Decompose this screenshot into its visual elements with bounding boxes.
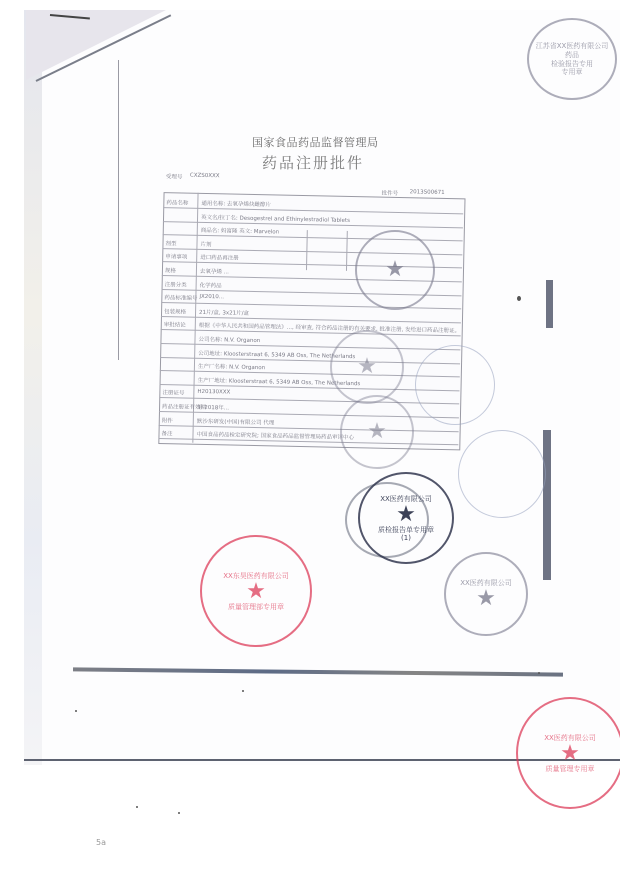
form-field-label: 审批结论 <box>164 321 186 329</box>
document-title: 药品注册批件 <box>262 152 364 173</box>
stamp-red-bottom-right: XX医药有限公司 ★ 质量管理专用章 <box>516 697 620 809</box>
scan-bar-right-top <box>546 280 553 328</box>
form-field-value: 去氧孕烯 ... <box>200 267 229 276</box>
scan-speck <box>178 812 180 814</box>
stamp-text: 江苏省XX医药有限公司 <box>536 41 609 51</box>
form-field-value: 片剂 <box>200 240 211 248</box>
form-field-value: 通用名称: 去氧孕烯炔雌醇片 <box>201 199 271 208</box>
accept-no: CXZS0XXX <box>190 173 220 180</box>
scan-speck <box>517 296 521 301</box>
star-icon: ★ <box>476 588 496 610</box>
stamp-faint-right <box>415 345 495 425</box>
scan-speck <box>242 690 244 692</box>
folded-corner <box>26 10 166 80</box>
form-field-value: 生产厂名称: N.V. Organon <box>198 362 265 371</box>
star-icon: ★ <box>367 421 387 443</box>
form-field-value: H20130XXX <box>197 389 230 396</box>
scan-speck <box>75 710 77 712</box>
star-icon: ★ <box>357 356 377 378</box>
stamp-faint-center-2: ★ <box>340 395 414 469</box>
stamp-top-right: 江苏省XX医药有限公司 药品 检验报告专用 专用章 <box>527 18 617 100</box>
form-field-value: 至 2018年... <box>197 403 229 412</box>
form-field-value: 默沙东研发(中国)有限公司 代理 <box>197 416 275 426</box>
scan-bar-right <box>543 430 551 580</box>
scan-speck <box>538 672 540 674</box>
form-field-label: 包装规格 <box>164 307 186 315</box>
stamp-grey-right: XX医药有限公司 ★ <box>444 552 528 636</box>
form-field-label: 药品标准编号 <box>164 293 197 302</box>
form-field-value: 化学药品 <box>200 280 222 288</box>
form-field-label: 药品名称 <box>166 198 188 206</box>
star-icon: ★ <box>246 581 266 603</box>
form-field-value: JX2010... <box>199 294 224 301</box>
scan-line-left <box>118 60 119 360</box>
accept-no-label: 受理号 <box>166 172 183 180</box>
stamp-text: 质量管理部专用章 <box>228 603 284 611</box>
stamp-text: 药品 <box>565 51 579 59</box>
form-field-value: 商品名: 妈富隆 英文: Marvelon <box>201 226 280 236</box>
page-number: 5a <box>96 838 106 847</box>
scan-speck <box>136 806 138 808</box>
form-field-label: 注册分类 <box>165 280 187 288</box>
form-field-label: 备注 <box>161 429 172 437</box>
form-field-value: 进口药品再注册 <box>200 253 239 262</box>
form-field-label: 剂型 <box>165 239 176 247</box>
stamp-red-left: XX东昊医药有限公司 ★ 质量管理部专用章 <box>200 535 312 647</box>
form-field-label: 附件 <box>162 416 173 424</box>
scan-shadow-edge <box>24 10 42 765</box>
stamp-faint-right-2 <box>458 430 546 518</box>
stamp-text: 检验报告专用 <box>551 60 593 68</box>
form-field-value: 公司名称: N.V. Organon <box>198 335 260 344</box>
form-field-value: 21片/盒, 3x21片/盒 <box>199 308 249 317</box>
form-field-label: 注册证号 <box>162 388 184 396</box>
stamp-text: 质量管理专用章 <box>546 765 595 773</box>
star-icon: ★ <box>385 259 405 281</box>
stamp-quality-report-shadow <box>345 482 429 558</box>
approval-no: 2013S00671 <box>410 189 445 196</box>
stamp-center-state: ★ <box>355 230 435 310</box>
issuer-title: 国家食品药品监督管理局 <box>252 134 379 150</box>
stamp-text: 专用章 <box>562 68 583 76</box>
stamp-faint-center: ★ <box>330 330 404 404</box>
form-field-label: 规格 <box>165 266 176 274</box>
star-icon: ★ <box>560 743 580 765</box>
form-field-label: 申请事项 <box>165 253 187 261</box>
